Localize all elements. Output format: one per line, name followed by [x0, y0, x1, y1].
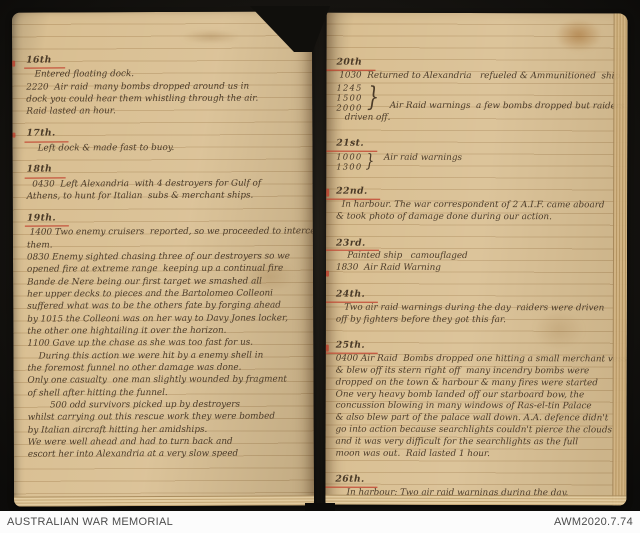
- entry-date-heading: 26th.: [325, 474, 377, 488]
- diary-line: whilst carrying out this rescue work the…: [28, 411, 306, 425]
- diary-line: go into action because searchlights coul…: [336, 425, 621, 438]
- brace-icon: }: [366, 152, 375, 172]
- time-list: 10001300: [336, 152, 362, 172]
- diary-entry: 20th 1030 Returned to Alexandria refuele…: [336, 57, 621, 125]
- right-page-content: 20th 1030 Returned to Alexandria refuele…: [325, 13, 627, 506]
- diary-line: 1245: [336, 82, 362, 92]
- catalogue-bar: AUSTRALIAN WAR MEMORIAL AWM2020.7.74: [0, 511, 640, 533]
- time-brace-group: 10001300}Air raid warnings: [336, 152, 621, 173]
- diary-line: 1000: [336, 152, 362, 162]
- entry-date-heading: 21st.: [326, 138, 377, 152]
- photo-background: 16th Entered floating dock.2220 Air raid…: [0, 0, 640, 511]
- diary-line: by Italian aircraft hitting her amidship…: [28, 423, 306, 437]
- diary-line: concussion blowing in many windows of Ra…: [336, 401, 621, 414]
- diary-line: escort her into Alexandria at a very slo…: [28, 448, 306, 462]
- entry-date-heading: 20th: [326, 57, 375, 71]
- diary-page-left: 16th Entered floating dock.2220 Air raid…: [12, 11, 314, 506]
- diary-line: Two air raid warnings during the day rai…: [336, 302, 621, 315]
- diary-entry: 16th Entered floating dock.2220 Air raid…: [26, 53, 304, 118]
- diary-line: Air raid warnings: [384, 153, 462, 165]
- diary-line: Air Raid warnings a few bombs dropped bu…: [390, 101, 628, 113]
- diary-line: Entered floating dock.: [26, 68, 304, 82]
- diary-line: 2000: [336, 102, 362, 112]
- entry-date-heading: 25th.: [326, 340, 378, 354]
- diary-line: Painted ship camouflaged: [336, 251, 621, 264]
- entry-date-heading: 18th: [25, 164, 66, 179]
- diary-line: 0430 Left Alexandria with 4 destroyers f…: [27, 177, 305, 191]
- diary-line: Raid lasted an hour.: [26, 105, 304, 119]
- left-page-content: 16th Entered floating dock.2220 Air raid…: [12, 11, 314, 506]
- diary-line: 1400 Two enemy cruisers reported, so we …: [27, 226, 305, 240]
- accession-number: AWM2020.7.74: [554, 516, 633, 528]
- diary-line: of shell after hitting the funnel.: [28, 386, 306, 400]
- diary-entry: 23rd. Painted ship camouflaged1830 Air R…: [336, 237, 621, 275]
- diary-line: In harbour. The war correspondent of 2 A…: [336, 200, 621, 213]
- entry-date-heading: 23rd.: [326, 237, 379, 251]
- diary-line: 500 odd survivors picked up by destroyer…: [28, 398, 306, 412]
- diary-line: & blew off its stern right off many ince…: [336, 366, 621, 379]
- institution-label: AUSTRALIAN WAR MEMORIAL: [7, 516, 173, 528]
- diary-line: off by fighters before they got this far…: [336, 314, 621, 327]
- diary-entry: 18th 0430 Left Alexandria with 4 destroy…: [27, 163, 305, 203]
- diary-line: the other one hightailing it over the ho…: [27, 324, 305, 338]
- diary-line: her upper decks to pieces and the Bartol…: [27, 287, 305, 301]
- page-stack-bottom-edge: [14, 495, 314, 506]
- diary-line: 0830 Enemy sighted chasing three of our …: [27, 250, 305, 264]
- diary-line: Only one casualty one man slightly wound…: [28, 374, 306, 388]
- diary-line: 1030 Returned to Alexandria refueled & A…: [336, 70, 621, 83]
- diary-page-right: 20th 1030 Returned to Alexandria refuele…: [325, 13, 627, 506]
- entry-date-heading: 24th.: [326, 289, 378, 303]
- diary-line: opened fire at extreme range keeping up …: [27, 263, 305, 277]
- brace-icon: }: [367, 82, 379, 112]
- diary-line: them.: [27, 238, 305, 252]
- diary-entry: 25th.0400 Air Raid Bombs dropped one hit…: [335, 340, 620, 461]
- diary-line: Bande de Nere being our first target we …: [27, 275, 305, 289]
- diary-line: 1100 Gave up the chase as she was too fa…: [27, 337, 305, 351]
- diary-line: 1830 Air Raid Warning: [336, 263, 621, 276]
- diary-line: moon was out. Raid lasted 1 hour.: [335, 448, 620, 461]
- diary-line: driven off.: [336, 112, 621, 125]
- diary-line: and it was very difficult for the search…: [336, 436, 621, 449]
- entry-date-heading: 16th: [24, 54, 65, 69]
- diary-line: the foremost funnel no other damage was …: [27, 361, 305, 375]
- entry-date-heading: 19th.: [25, 212, 69, 227]
- diary-line: One very heavy bomb landed off our starb…: [336, 389, 621, 402]
- diary-line: 1500: [336, 92, 362, 102]
- diary-entry: 21st.10001300}Air raid warnings: [336, 138, 621, 173]
- diary-line: Left dock & made fast to buoy.: [26, 141, 304, 155]
- diary-line: by 1015 the Colleoni was on her way to D…: [27, 312, 305, 326]
- diary-entry: 24th. Two air raid warnings during the d…: [336, 289, 621, 327]
- diary-line: Athens, to hunt for Italian subs & merch…: [27, 189, 305, 203]
- diary-line: We were well ahead and had to turn back …: [28, 436, 306, 450]
- time-list: 124515002000: [336, 82, 362, 112]
- diary-line: dock you could hear them whistling throu…: [26, 92, 304, 106]
- page-stack-bottom-edge: [325, 495, 626, 506]
- diary-entry: 17th. Left dock & made fast to buoy.: [26, 127, 304, 155]
- diary-line: 0400 Air Raid Bombs dropped one hitting …: [336, 354, 621, 367]
- diary-line: & also blew part of the palace wall down…: [336, 413, 621, 426]
- diary-scan-screenshot: 16th Entered floating dock.2220 Air raid…: [0, 0, 640, 533]
- diary-line: dropped on the town & harbour & many fir…: [336, 377, 621, 390]
- diary-line: During this action we were hit by a enem…: [27, 349, 305, 363]
- page-stack-fore-edge: [612, 13, 627, 505]
- entry-date-heading: 22nd.: [326, 186, 380, 200]
- diary-line: suffered what was to be the others fate …: [27, 300, 305, 314]
- diary-line: & took photo of damage done during our a…: [336, 211, 621, 224]
- diary-entry: 22nd. In harbour. The war correspondent …: [336, 186, 621, 224]
- entry-date-heading: 17th.: [24, 128, 68, 143]
- diary-entry: 19th. 1400 Two enemy cruisers reported, …: [27, 211, 306, 461]
- diary-line: 1300: [336, 162, 362, 172]
- diary-line: 2220 Air raid many bombs dropped around …: [26, 80, 304, 94]
- time-brace-group: 124515002000}Air Raid warnings a few bom…: [336, 82, 621, 113]
